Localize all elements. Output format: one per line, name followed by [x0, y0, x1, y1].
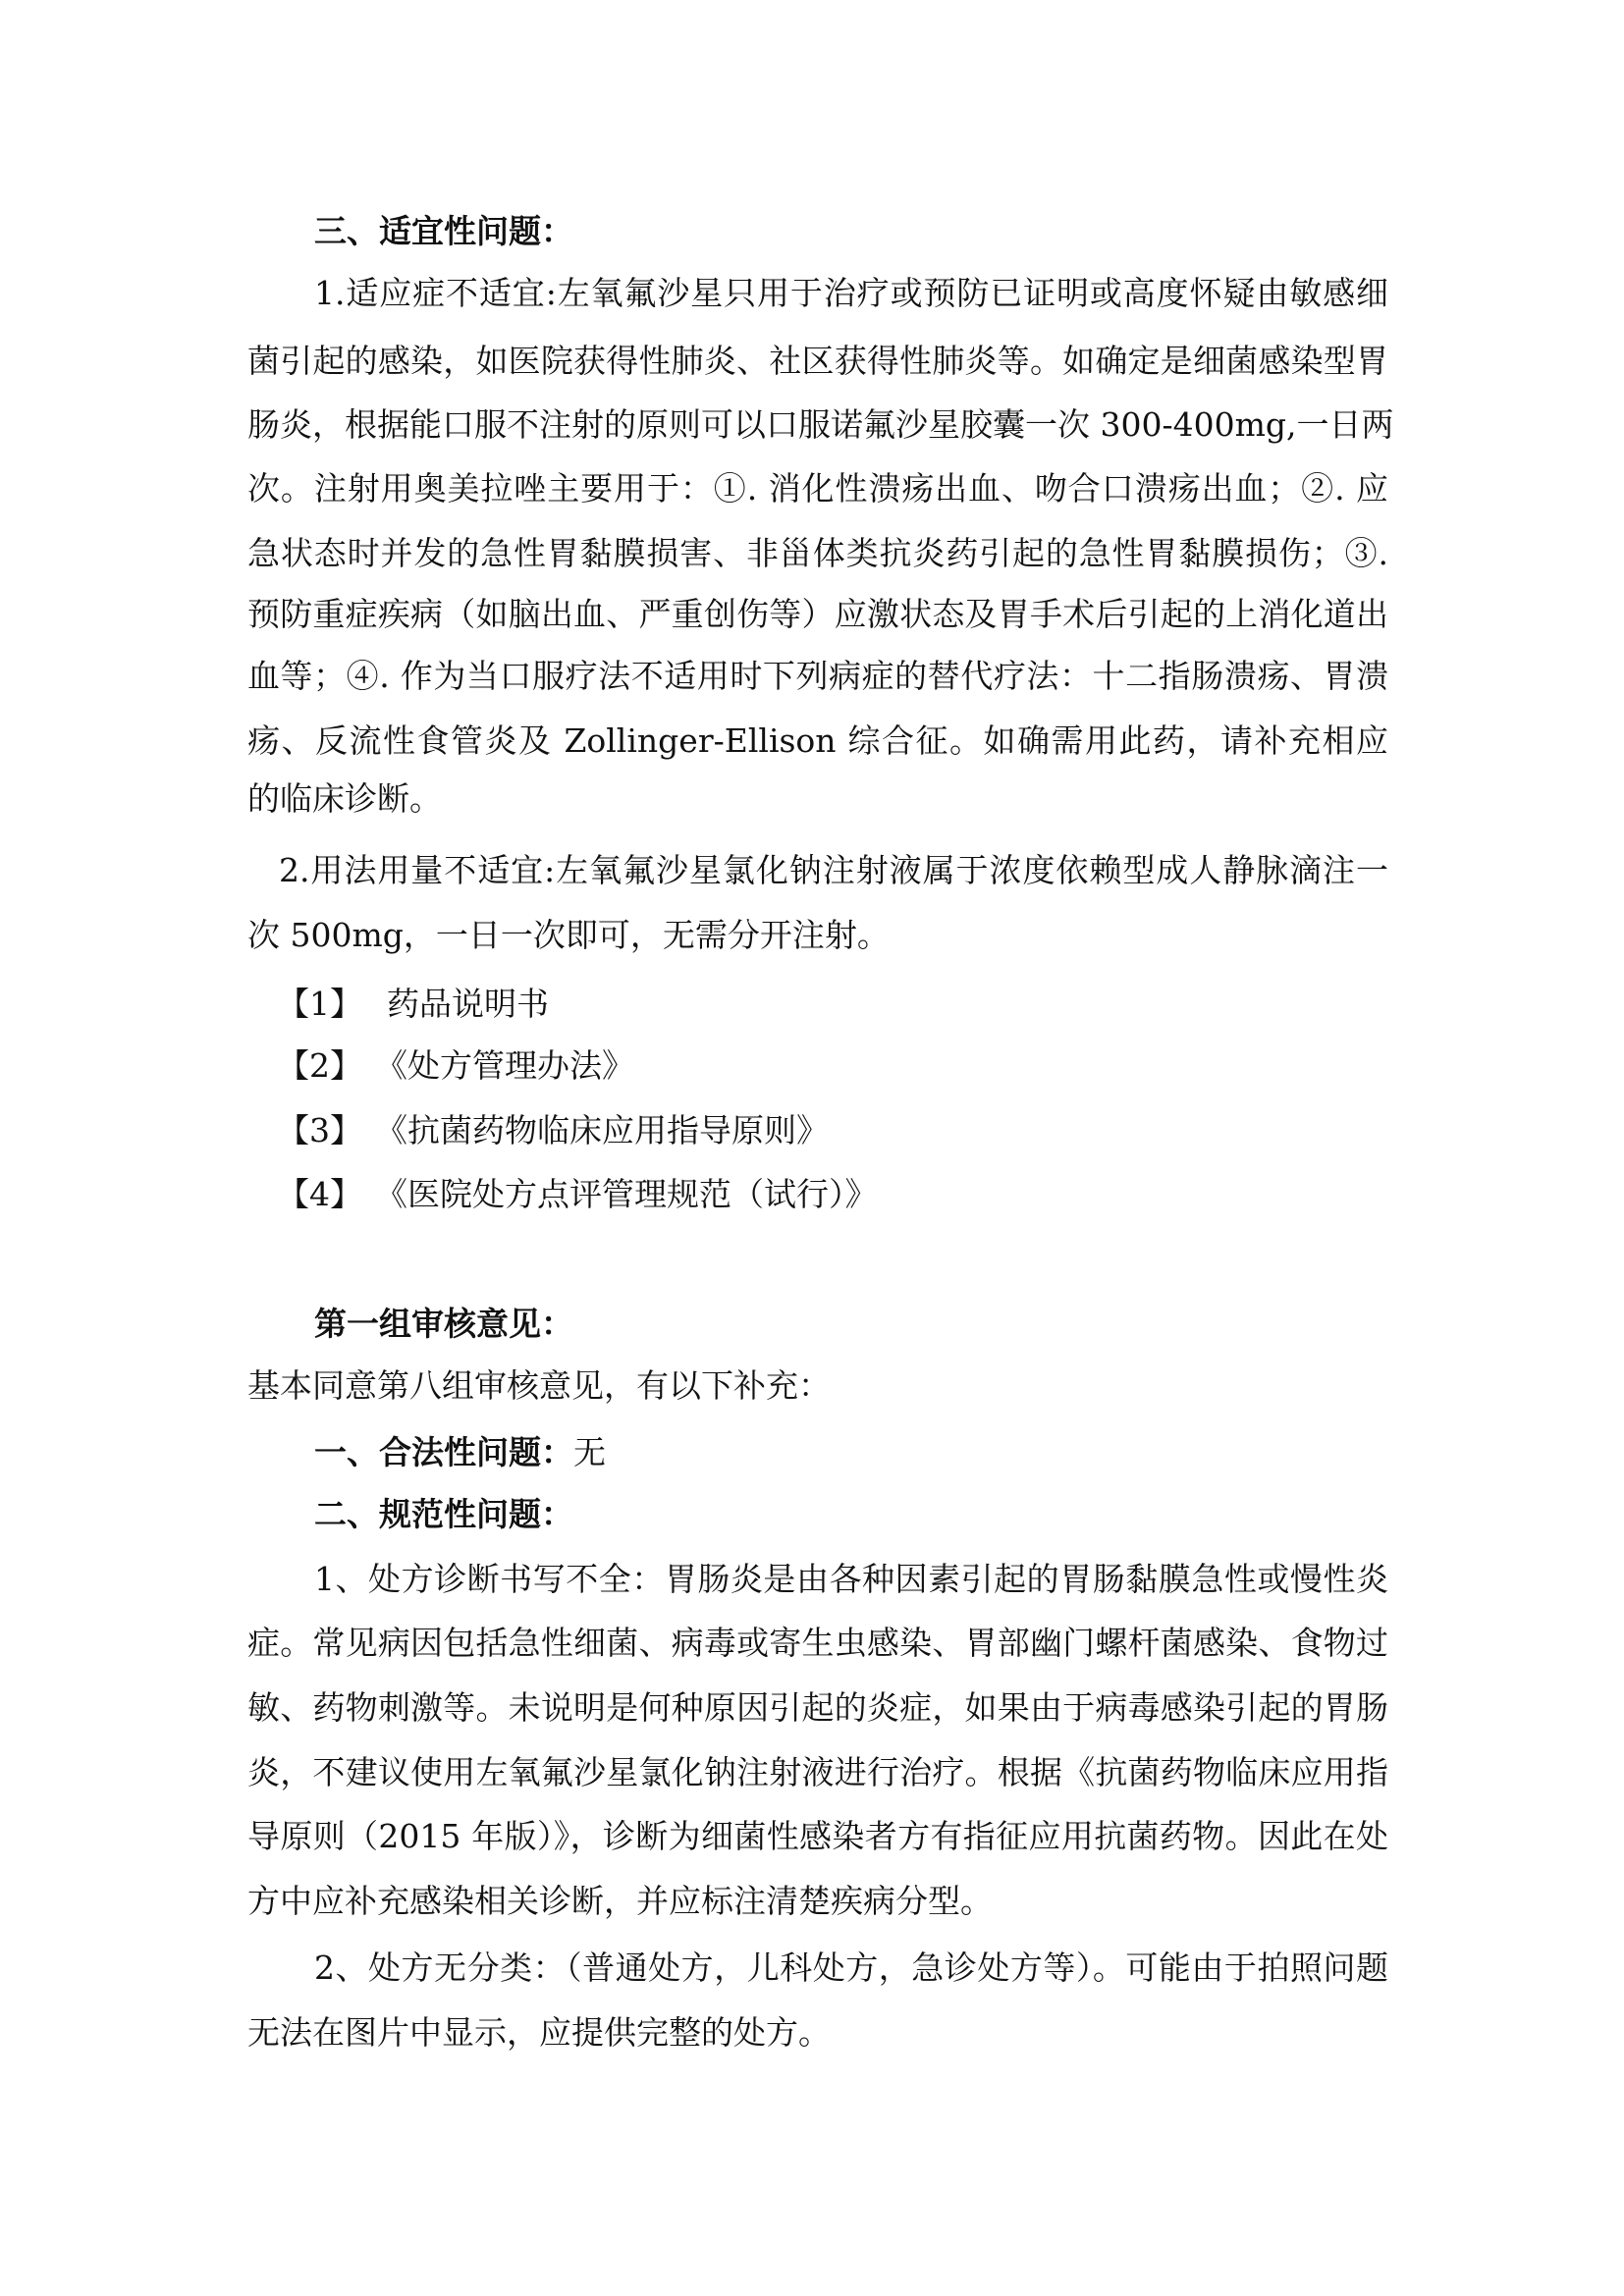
reference-item: 【1】药品说明书	[277, 985, 1418, 1024]
paragraph-line: 炎，不建议使用左氧氟沙星氯化钠注射液进行治疗。根据《抗菌药物临床应用指	[247, 1753, 1388, 1792]
paragraph-line: 次 500mg，一日一次即可，无需分开注射。	[247, 916, 1388, 955]
reference-text: 《处方管理办法》	[375, 1046, 634, 1085]
paragraph-line: 预防重症疾病（如脑出血、严重创伤等）应激状态及胃手术后引起的上消化道出	[247, 595, 1388, 634]
reference-text: 《抗菌药物临床应用指导原则》	[375, 1111, 829, 1149]
paragraph-line: 2、处方无分类：（普通处方，儿科处方，急诊处方等）。可能由于拍照问题	[314, 1949, 1388, 1988]
group1-heading: 第一组审核意见：	[314, 1305, 1388, 1344]
reference-number: 【4】	[277, 1175, 375, 1214]
reference-item: 【3】《抗菌药物临床应用指导原则》	[277, 1111, 1418, 1150]
paragraph-line: 导原则（2015 年版）》，诊断为细菌性感染者方有指征应用抗菌药物。因此在处	[247, 1817, 1388, 1856]
reference-text: 《医院处方点评管理规范（试行）》	[375, 1175, 878, 1213]
reference-number: 【2】	[277, 1046, 375, 1086]
paragraph-line: 症。常见病因包括急性细菌、病毒或寄生虫感染、胃部幽门螺杆菌感染、食物过	[247, 1624, 1388, 1663]
reference-number: 【1】	[277, 985, 375, 1024]
paragraph-line: 疡、反流性食管炎及 Zollinger-Ellison 综合征。如确需用此药，请…	[247, 721, 1388, 761]
group1-intro: 基本同意第八组审核意见，有以下补充：	[247, 1366, 1388, 1406]
reference-item: 【4】《医院处方点评管理规范（试行）》	[277, 1175, 1418, 1214]
paragraph-line: 无法在图片中显示，应提供完整的处方。	[247, 2013, 1388, 2053]
paragraph-line: 肠炎，根据能口服不注射的原则可以口服诺氟沙星胶囊一次 300-400mg,一日两	[247, 405, 1388, 445]
paragraph-line: 急状态时并发的急性胃黏膜损害、非甾体类抗炎药引起的急性胃黏膜损伤；③.	[247, 534, 1388, 573]
paragraph-line: 次。注射用奥美拉唑主要用于：①. 消化性溃疡出血、吻合口溃疡出血；②. 应	[247, 469, 1388, 508]
reference-text: 药品说明书	[375, 985, 549, 1023]
paragraph-line: 1.适应症不适宜:左氧氟沙星只用于治疗或预防已证明或高度怀疑由敏感细	[314, 274, 1388, 313]
norm-issue-heading: 二、规范性问题：	[314, 1495, 1388, 1534]
paragraph-line: 方中应补充感染相关诊断，并应标注清楚疾病分型。	[247, 1882, 1388, 1921]
paragraph-line: 的临床诊断。	[247, 779, 1388, 819]
reference-item: 【2】《处方管理办法》	[277, 1046, 1418, 1086]
legal-issue-label: 一、合法性问题：	[314, 1433, 573, 1471]
paragraph-line: 1、处方诊断书写不全：胃肠炎是由各种因素引起的胃肠黏膜急性或慢性炎	[314, 1560, 1388, 1599]
legal-issue-line: 一、合法性问题：无	[314, 1433, 1388, 1472]
paragraph-line: 血等；④. 作为当口服疗法不适用时下列病症的替代疗法：十二指肠溃疡、胃溃	[247, 657, 1388, 696]
paragraph-line: 敏、药物刺激等。未说明是何种原因引起的炎症，如果由于病毒感染引起的胃肠	[247, 1688, 1388, 1728]
paragraph-line: 2.用法用量不适宜:左氧氟沙星氯化钠注射液属于浓度依赖型成人静脉滴注一	[279, 851, 1388, 890]
paragraph-line: 菌引起的感染，如医院获得性肺炎、社区获得性肺炎等。如确定是细菌感染型胃	[247, 342, 1388, 381]
section-heading-suitability: 三、适宜性问题：	[314, 212, 1388, 251]
reference-number: 【3】	[277, 1111, 375, 1150]
legal-issue-value: 无	[573, 1433, 606, 1471]
